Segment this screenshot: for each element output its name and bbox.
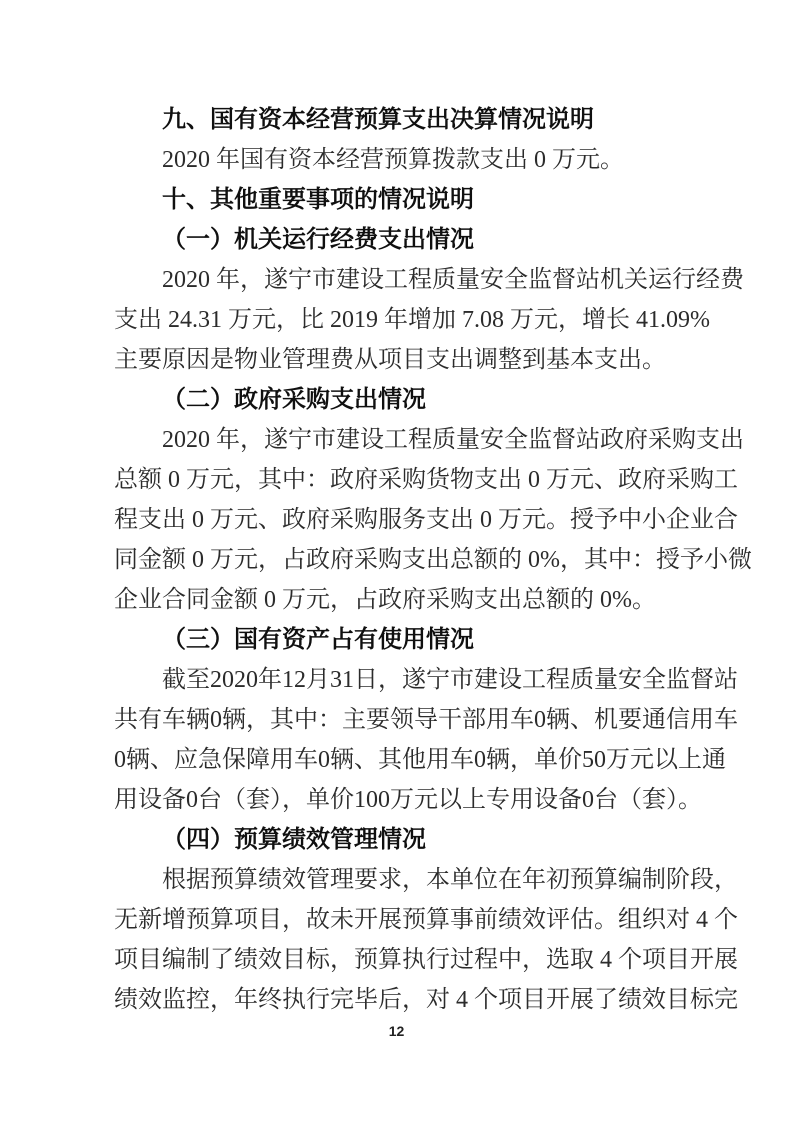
paragraph-line: 企业合同金额 0 万元，占政府采购支出总额的 0%。 bbox=[114, 580, 678, 620]
document-page: 九、国有资本经营预算支出决算情况说明 2020 年国有资本经营预算拨款支出 0 … bbox=[0, 0, 793, 1122]
paragraph-line: 无新增预算项目，故未开展预算事前绩效评估。组织对 4 个 bbox=[114, 900, 678, 940]
paragraph-line: 共有车辆0辆，其中：主要领导干部用车0辆、机要通信用车 bbox=[114, 700, 678, 740]
page-number: 12 bbox=[0, 1021, 793, 1041]
paragraph-line: 绩效监控，年终执行完毕后，对 4 个项目开展了绩效目标完 bbox=[114, 980, 678, 1020]
subsection-heading-three: （三）国有资产占有使用情况 bbox=[114, 620, 678, 660]
document-body: 九、国有资本经营预算支出决算情况说明 2020 年国有资本经营预算拨款支出 0 … bbox=[114, 100, 678, 1020]
paragraph-line: 支出 24.31 万元，比 2019 年增加 7.08 万元，增长 41.09% bbox=[114, 300, 678, 340]
paragraph-line: 2020 年，遂宁市建设工程质量安全监督站机关运行经费 bbox=[114, 260, 678, 300]
section-heading-ten: 十、其他重要事项的情况说明 bbox=[114, 180, 678, 220]
subsection-heading-four: （四）预算绩效管理情况 bbox=[114, 820, 678, 860]
paragraph-line: 项目编制了绩效目标，预算执行过程中，选取 4 个项目开展 bbox=[114, 940, 678, 980]
paragraph-line: 2020 年，遂宁市建设工程质量安全监督站政府采购支出 bbox=[114, 420, 678, 460]
paragraph-line: 程支出 0 万元、政府采购服务支出 0 万元。授予中小企业合 bbox=[114, 500, 678, 540]
subsection-heading-two: （二）政府采购支出情况 bbox=[114, 380, 678, 420]
paragraph-line: 0辆、应急保障用车0辆、其他用车0辆，单价50万元以上通 bbox=[114, 740, 678, 780]
paragraph-line: 根据预算绩效管理要求，本单位在年初预算编制阶段， bbox=[114, 860, 678, 900]
section-heading-nine: 九、国有资本经营预算支出决算情况说明 bbox=[114, 100, 678, 140]
subsection-heading-one: （一）机关运行经费支出情况 bbox=[114, 220, 678, 260]
paragraph-line: 总额 0 万元，其中：政府采购货物支出 0 万元、政府采购工 bbox=[114, 460, 678, 500]
paragraph-line: 主要原因是物业管理费从项目支出调整到基本支出。 bbox=[114, 340, 678, 380]
paragraph-line: 2020 年国有资本经营预算拨款支出 0 万元。 bbox=[114, 140, 678, 180]
paragraph-line: 用设备0台（套），单价100万元以上专用设备0台（套）。 bbox=[114, 780, 678, 820]
paragraph-line: 截至2020年12月31日，遂宁市建设工程质量安全监督站 bbox=[114, 660, 678, 700]
paragraph-line: 同金额 0 万元，占政府采购支出总额的 0%，其中：授予小微 bbox=[114, 540, 678, 580]
